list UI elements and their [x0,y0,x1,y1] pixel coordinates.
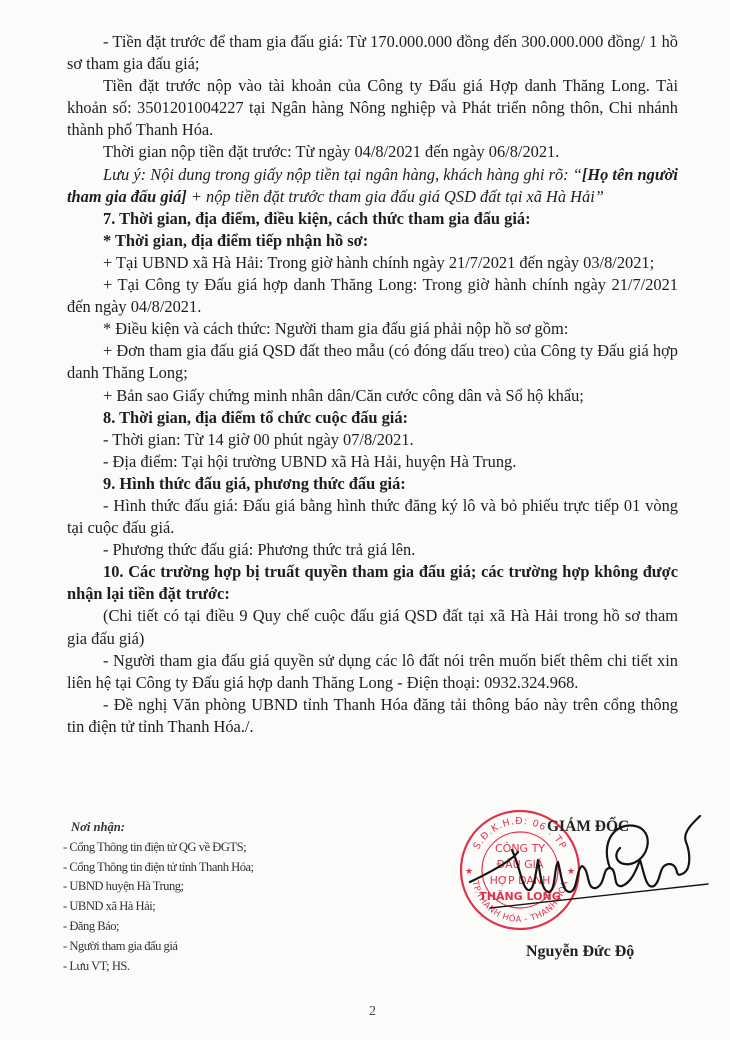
paragraph: - Hình thức đấu giá: Đấu giá bằng hình t… [67,495,678,539]
handwritten-signature-icon [450,812,710,922]
paragraph: - Thời gian: Từ 14 giờ 00 phút ngày 07/8… [67,429,678,451]
document-body: - Tiền đặt trước để tham gia đấu giá: Từ… [67,31,678,738]
paragraph: Thời gian nộp tiền đặt trước: Từ ngày 04… [67,141,678,163]
recipient-item: - Lưu VT; HS. [63,957,363,977]
recipient-item: - Cổng Thông tin điện tử tỉnh Thanh Hóa; [63,858,363,878]
page-number: 2 [369,1004,376,1020]
section-heading: 9. Hình thức đấu giá, phương thức đấu gi… [67,473,678,495]
recipient-item: - Cổng Thông tin điện tử QG về ĐGTS; [63,838,363,858]
paragraph: - Người tham gia đấu giá quyền sử dụng c… [67,650,678,694]
recipient-item: - Người tham gia đấu giá [63,937,363,957]
recipient-item: - UBND xã Hà Hải; [63,897,363,917]
note-text-segment: Lưu ý: Nội dung trong giấy nộp tiền tại … [103,165,582,184]
paragraph: + Đơn tham gia đấu giá QSD đất theo mẫu … [67,340,678,384]
paragraph: (Chi tiết có tại điều 9 Quy chế cuộc đấu… [67,605,678,649]
note-text-segment: + nộp tiền đặt trước tham gia đấu giá QS… [187,187,604,206]
recipients-block: Nơi nhận: - Cổng Thông tin điện tử QG về… [63,818,363,976]
paragraph: * Điều kiện và cách thức: Người tham gia… [67,318,678,340]
paragraph: - Địa điểm: Tại hội trường UBND xã Hà Hả… [67,451,678,473]
paragraph: + Tại UBND xã Hà Hải: Trong giờ hành chí… [67,252,678,274]
signer-name: Nguyễn Đức Độ [526,943,634,961]
paragraph: Tiền đặt trước nộp vào tài khoản của Côn… [67,75,678,141]
recipient-item: - UBND huyện Hà Trung; [63,877,363,897]
recipients-list: - Cổng Thông tin điện tử QG về ĐGTS;- Cổ… [63,838,363,977]
recipient-item: - Đăng Báo; [63,917,363,937]
section-heading: 7. Thời gian, địa điểm, điều kiện, cách … [67,208,678,230]
paragraph: - Phương thức đấu giá: Phương thức trả g… [67,539,678,561]
section-heading: 10. Các trường hợp bị truất quyền tham g… [67,561,678,605]
note-paragraph: Lưu ý: Nội dung trong giấy nộp tiền tại … [67,164,678,208]
paragraph: + Tại Công ty Đấu giá hợp danh Thăng Lon… [67,274,678,318]
paragraph: - Tiền đặt trước để tham gia đấu giá: Từ… [67,31,678,75]
section-heading: 8. Thời gian, địa điểm tổ chức cuộc đấu … [67,407,678,429]
document-page: - Tiền đặt trước để tham gia đấu giá: Từ… [0,0,730,1040]
paragraph: + Bản sao Giấy chứng minh nhân dân/Căn c… [67,385,678,407]
paragraph: - Đề nghị Văn phòng UBND tỉnh Thanh Hóa … [67,694,678,738]
section-heading: * Thời gian, địa điểm tiếp nhận hồ sơ: [67,230,678,252]
recipients-title: Nơi nhận: [63,818,363,838]
